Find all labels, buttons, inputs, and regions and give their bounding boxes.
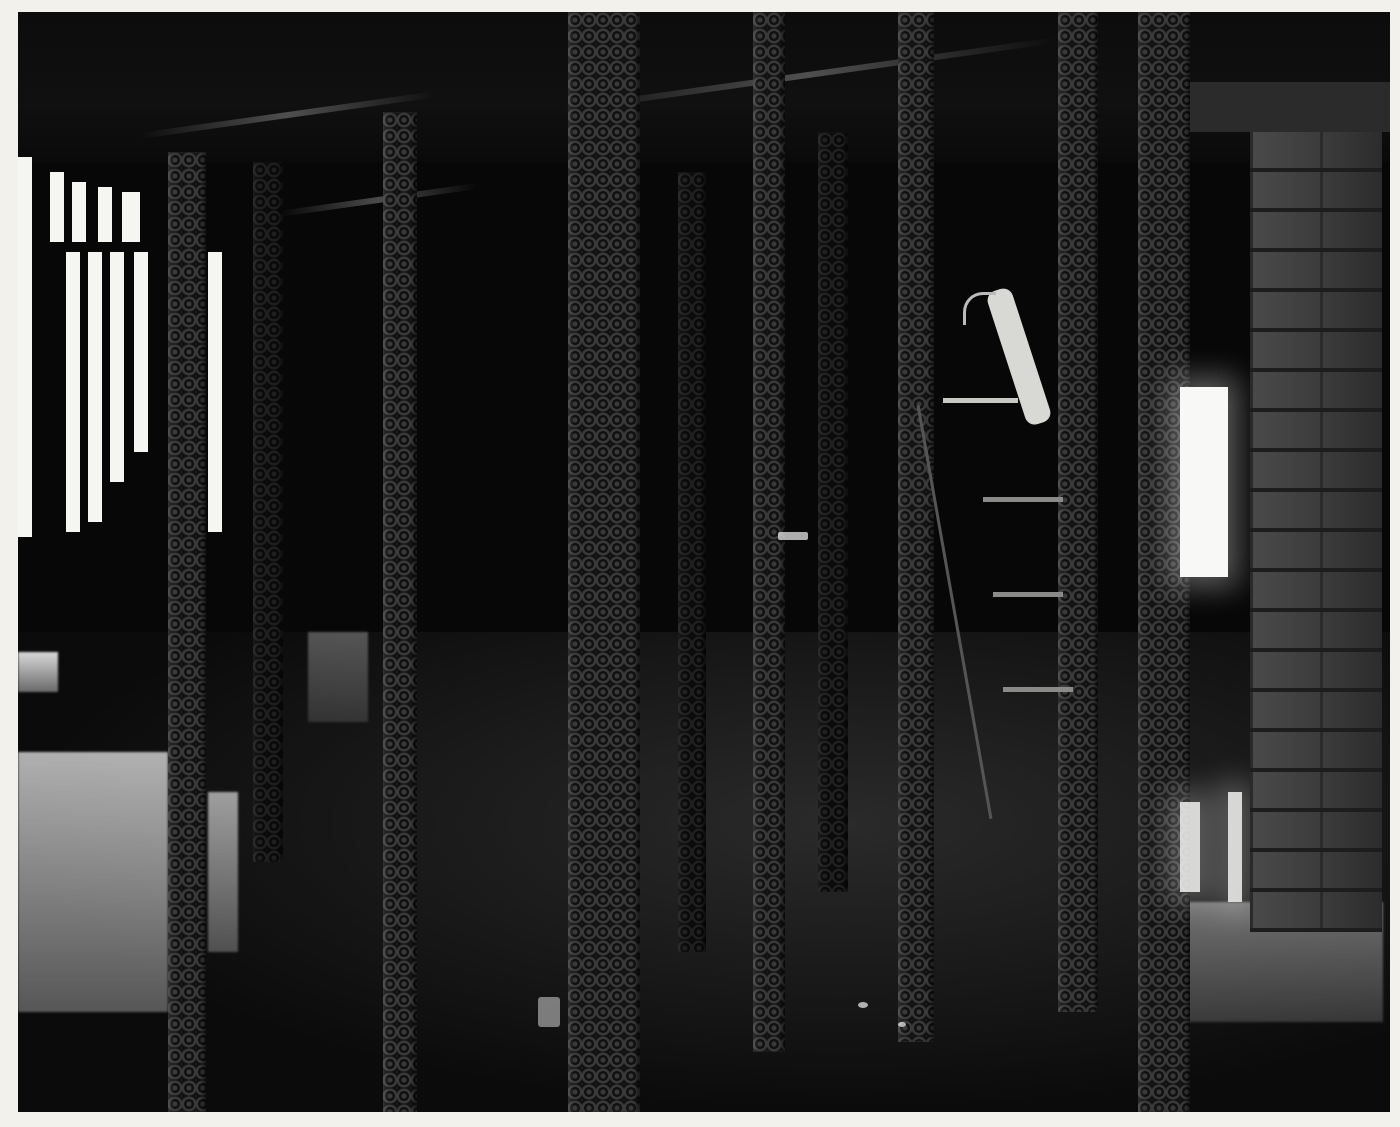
charred-stud xyxy=(383,112,417,1112)
light-glint xyxy=(858,1002,868,1008)
window-pane xyxy=(122,192,140,242)
brick-wall xyxy=(1250,132,1382,932)
ladder-rung xyxy=(993,592,1063,597)
floor-reflection xyxy=(18,652,58,692)
light-glint xyxy=(778,532,808,540)
ladder xyxy=(923,292,1123,852)
charred-stud xyxy=(818,132,848,892)
window-pane xyxy=(88,252,102,522)
ladder-hook xyxy=(963,292,996,325)
charred-stud xyxy=(253,162,283,862)
charred-stud xyxy=(168,152,206,1112)
ladder-rung xyxy=(983,497,1063,502)
window-pane xyxy=(110,252,124,482)
charred-stud xyxy=(568,12,640,1112)
bright-window xyxy=(1228,792,1242,902)
window-pane xyxy=(208,252,222,532)
ladder-rung xyxy=(943,398,1018,403)
light-glint xyxy=(898,1022,906,1027)
bright-window xyxy=(1180,802,1200,892)
window-pane xyxy=(18,157,32,537)
floor-reflection xyxy=(308,632,368,722)
charred-stud xyxy=(678,172,706,952)
window-pane xyxy=(134,252,148,452)
joist-highlight xyxy=(279,183,478,217)
bright-window xyxy=(1180,387,1228,577)
window-pane xyxy=(66,252,80,532)
ladder-rung xyxy=(1003,687,1073,692)
light-glint xyxy=(538,997,560,1027)
window-pane xyxy=(98,187,112,242)
ladder-side xyxy=(917,405,993,819)
window-pane xyxy=(72,182,86,242)
door-lintel xyxy=(1190,82,1390,132)
left-windows xyxy=(18,157,248,537)
floor-reflection xyxy=(208,792,238,952)
floor-reflection xyxy=(18,752,168,1012)
photograph xyxy=(18,12,1390,1112)
window-pane xyxy=(50,172,64,242)
